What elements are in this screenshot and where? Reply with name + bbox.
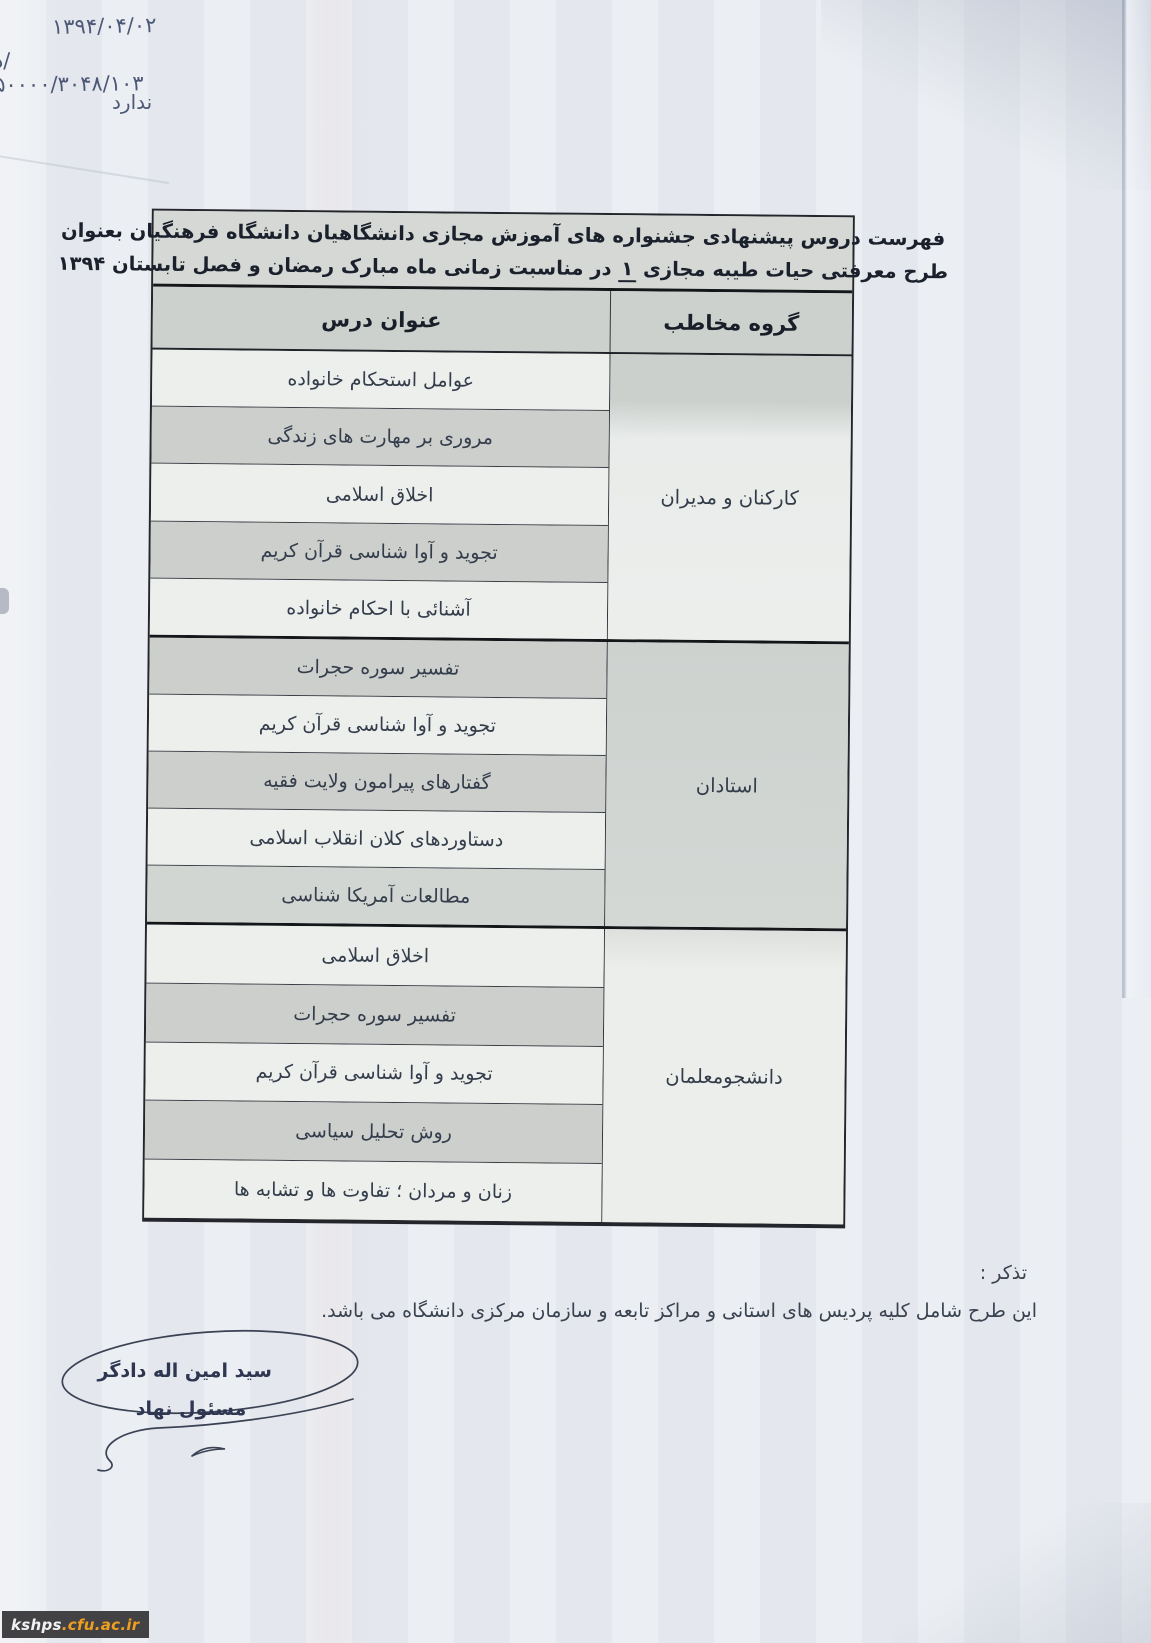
watermark-prefix: kshps (11, 1616, 62, 1634)
group-cell: استادان (604, 642, 849, 928)
course-cell: آشنائی با احکام خانواده (150, 578, 608, 639)
course-cell: اخلاق اسلامی (146, 925, 604, 988)
bottom-right-fold-shade (891, 1503, 1151, 1643)
top-right-fold-shade (821, 0, 1151, 190)
course-cell: گفتارهای پیرامون ولایت فقیه (148, 752, 606, 813)
course-cell: تجوید و آوا شناسی قرآن کریم (145, 1042, 603, 1105)
table-section-staff: کارکنان و مدیران عوامل استحکام خانواده م… (150, 350, 852, 645)
course-column: عوامل استحکام خانواده مروری بر مهارت های… (150, 350, 610, 639)
title-underlined-number: ۱ (618, 257, 636, 282)
course-cell: روش تحلیل سیاسی (145, 1101, 603, 1164)
course-cell: مطالعات آمریکا شناسی (147, 866, 605, 926)
course-column: اخلاق اسلامی تفسیر سوره حجرات تجوید و آو… (144, 925, 604, 1222)
course-cell: عوامل استحکام خانواده (152, 350, 610, 412)
course-cell: زنان و مردان ؛ تفاوت ها و تشابه ها (144, 1160, 602, 1222)
course-cell: اخلاق اسلامی (151, 464, 609, 526)
vertical-fold-line (1122, 0, 1151, 998)
course-cell: تجوید و آوا شناسی قرآن کریم (150, 521, 608, 583)
course-cell: تفسیر سوره حجرات (149, 638, 607, 699)
handwritten-signature (50, 1295, 420, 1495)
group-cell: کارکنان و مدیران (607, 354, 852, 641)
signature-role: مسئول نهاد (126, 1398, 256, 1420)
table-header-row: گروه مخاطب عنوان درس (153, 287, 853, 357)
title-line2-part-b: در مناسبت زمانی ماه مبارک رمضان و فصل تا… (58, 251, 612, 279)
title-line2-part-a: طرح معرفتی حیات طیبه مجازی (643, 257, 948, 283)
scanned-document-page: ۱۳۹۴/۰۴/۰۲ د/۵۰۰۰۰/۳۰۴۸/۱۰۳ ندارد فهرست … (0, 0, 1151, 1643)
column-header-group: گروه مخاطب (610, 291, 853, 354)
signature-name: سید امین اله دادگر (108, 1360, 272, 1382)
table-section-student-teachers: دانشجومعلمان اخلاق اسلامی تفسیر سوره حجر… (144, 925, 846, 1225)
course-column: تفسیر سوره حجرات تجوید و آوا شناسی قرآن … (147, 638, 607, 926)
column-header-course: عنوان درس (153, 287, 611, 352)
left-edge-crease (0, 588, 9, 614)
course-table: فهرست دروس پیشنهادی جشنواره های آموزش مج… (142, 209, 855, 1229)
table-title: فهرست دروس پیشنهادی جشنواره های آموزش مج… (153, 211, 853, 294)
table-section-professors: استادان تفسیر سوره حجرات تجوید و آوا شنا… (147, 638, 849, 932)
letter-attachment: ندارد (112, 90, 152, 114)
letter-date: ۱۳۹۴/۰۴/۰۲ (52, 13, 157, 39)
note-text: این طرح شامل کلیه پردیس های استانی و مرا… (321, 1300, 1037, 1322)
note-label: تذکر : (980, 1262, 1027, 1284)
course-cell: تجوید و آوا شناسی قرآن کریم (149, 695, 607, 756)
course-cell: دستاوردهای کلان انقلاب اسلامی (148, 809, 606, 870)
group-cell: دانشجومعلمان (601, 929, 846, 1224)
course-cell: تفسیر سوره حجرات (146, 983, 604, 1046)
course-cell: مروری بر مهارت های زندگی (151, 407, 609, 469)
top-left-crease (0, 154, 169, 184)
watermark-suffix: .cfu.ac.ir (62, 1616, 140, 1634)
site-watermark: kshps.cfu.ac.ir (2, 1611, 149, 1638)
